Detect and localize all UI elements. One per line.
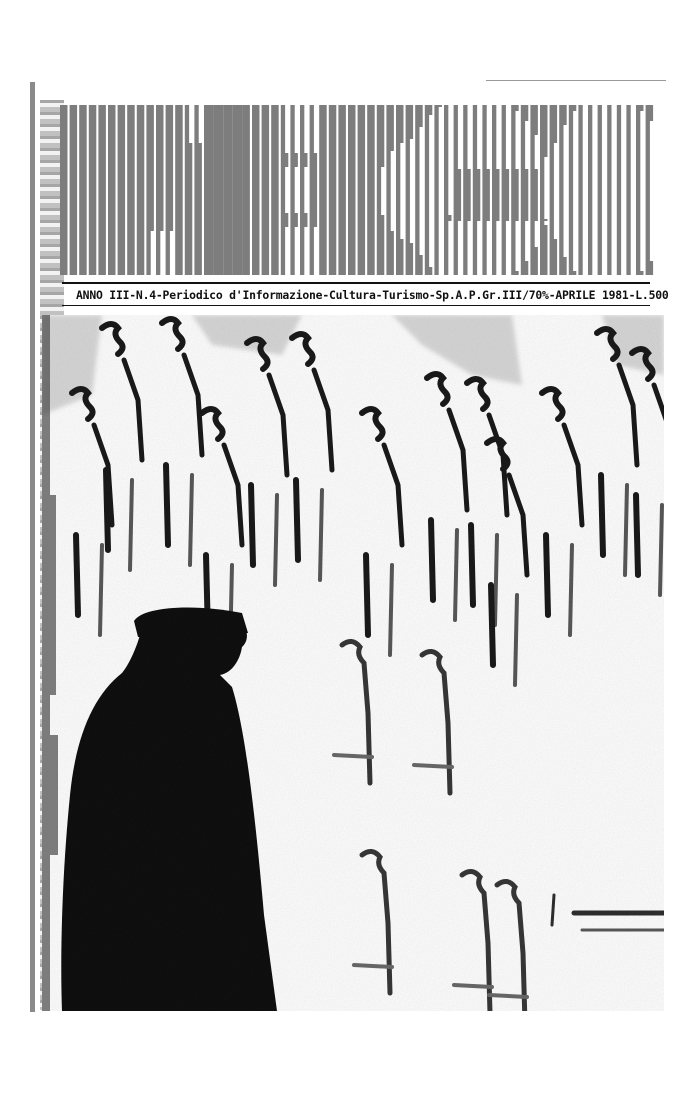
binding-edge <box>30 82 35 1012</box>
cover-photo <box>42 315 664 1011</box>
issue-caption-bar: ANNO III-N.4-Periodico d'Informazione-Cu… <box>62 282 650 306</box>
issue-caption: ANNO III-N.4-Periodico d'Informazione-Cu… <box>76 288 669 302</box>
top-rule <box>486 80 666 81</box>
caption-rule-top <box>62 282 650 284</box>
caption-rule-bottom <box>62 305 650 306</box>
masthead-logo <box>60 105 654 275</box>
